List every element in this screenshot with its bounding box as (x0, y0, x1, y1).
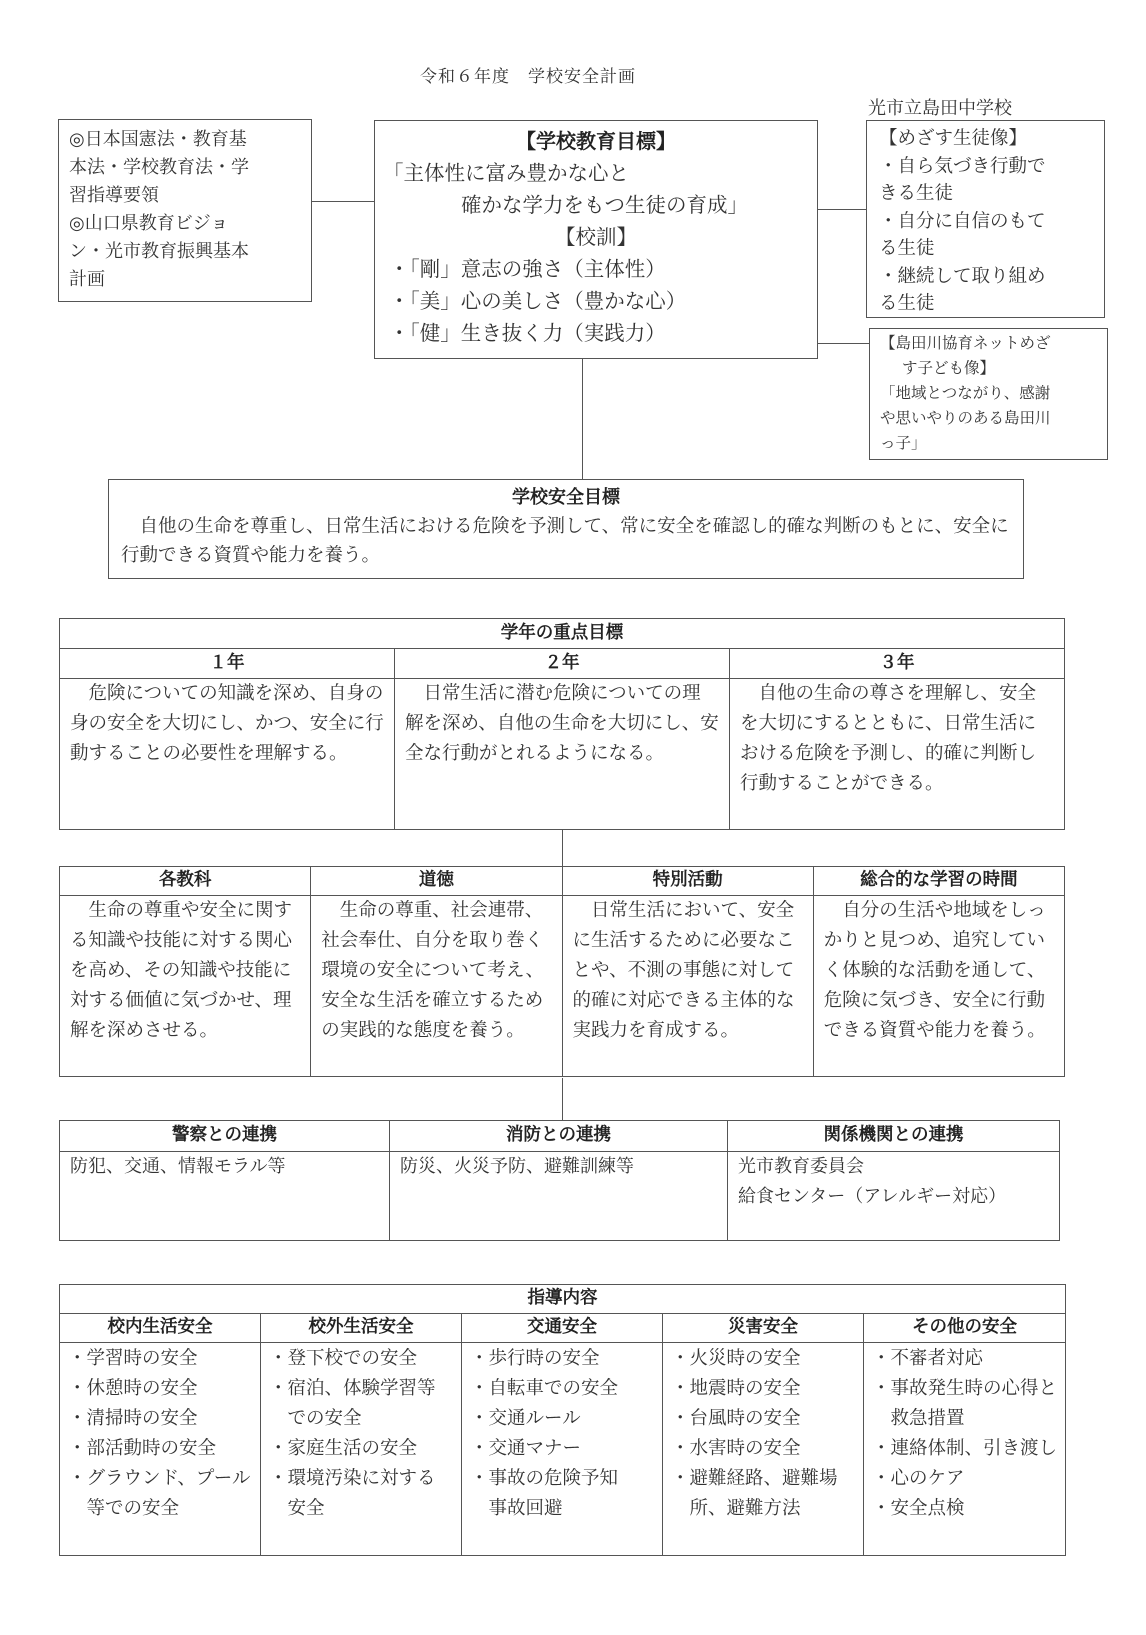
network-heading: 【島田川協育ネットめざ (880, 331, 1097, 356)
safety-goal-text: 自他の生命を尊重し、日常生活における危険を予測して、常に安全を確認し的確な判断の… (121, 512, 1011, 570)
grade-goals-title: 学年の重点目標 (60, 619, 1065, 649)
network-line: や思いやりのある島田川 (880, 406, 1097, 431)
goal-line-1: 「主体性に富み豊かな心と (383, 157, 803, 189)
guidance-item: 家庭生活の安全 (269, 1434, 453, 1464)
subject-cell: 生命の尊重や安全に関する知識や技能に対する関心を高め、その知識や技能に対する価値… (60, 896, 311, 1077)
basis-line: ン・光市教育振興基本 (69, 238, 301, 266)
network-heading: す子ども像】 (880, 356, 1097, 381)
guidance-item: 安全点検 (872, 1494, 1057, 1524)
guidance-item: 歩行時の安全 (470, 1344, 654, 1374)
cooperation-cell: 防犯、交通、情報モラル等 (60, 1152, 390, 1241)
legal-basis-box: ◎日本国憲法・教育基 本法・学校教育法・学 習指導要領 ◎山口県教育ビジョ ン・… (58, 119, 312, 302)
grade-goals-table: 学年の重点目標 １年 ２年 ３年 危険についての知識を深め、自身の身の安全を大切… (59, 618, 1065, 830)
network-line: っ子」 (880, 431, 1097, 456)
basis-line: ◎日本国憲法・教育基 (69, 126, 301, 154)
guidance-item: 連絡体制、引き渡し (872, 1434, 1057, 1464)
guidance-item: 宿泊、体験学習等での安全 (269, 1374, 453, 1434)
guidance-item: 休憩時の安全 (68, 1374, 252, 1404)
school-name: 光市立島田中学校 (868, 94, 1012, 120)
page-title: 令和６年度 学校安全計画 (420, 62, 636, 87)
motto-item: ・「剛」意志の強さ（主体性） (389, 253, 803, 285)
guidance-title: 指導内容 (60, 1285, 1066, 1314)
goal-heading: 【学校教育目標】 (389, 125, 803, 157)
subject-header: 特別活動 (562, 867, 813, 896)
cooperation-cell: 防災、火災予防、避難訓練等 (390, 1152, 728, 1241)
guidance-content-table: 指導内容 校内生活安全 校外生活安全 交通安全 災害安全 その他の安全 学習時の… (59, 1284, 1066, 1556)
guidance-item: 登下校での安全 (269, 1344, 453, 1374)
guidance-header: その他の安全 (864, 1314, 1066, 1343)
guidance-item: 不審者対応 (872, 1344, 1057, 1374)
school-education-goal-box: 【学校教育目標】 「主体性に富み豊かな心と 確かな学力をもつ生徒の育成」 【校訓… (374, 120, 818, 359)
grade-goal-cell: 自他の生命の尊さを理解し、安全を大切にするとともに、日常生活における危険を予測し… (730, 679, 1065, 830)
cooperation-line: 給食センター（アレルギー対応） (738, 1182, 1049, 1212)
connector-line (582, 359, 583, 479)
subject-activities-table: 各教科 道徳 特別活動 総合的な学習の時間 生命の尊重や安全に関する知識や技能に… (59, 866, 1065, 1077)
motto-heading: 【校訓】 (389, 221, 803, 253)
ideal-student-box: 【めざす生徒像】 ・自ら気づき行動で きる生徒 ・自分に自信のもて る生徒 ・継… (866, 120, 1105, 318)
guidance-item: グラウンド、プール等での安全 (68, 1464, 252, 1524)
guidance-item: 交通マナー (470, 1434, 654, 1464)
cooperation-cell: 光市教育委員会 給食センター（アレルギー対応） (728, 1152, 1060, 1241)
guidance-item: 交通ルール (470, 1404, 654, 1434)
basis-line: 本法・学校教育法・学 (69, 154, 301, 182)
guidance-item: 事故発生時の心得と救急措置 (872, 1374, 1057, 1434)
guidance-item: 水害時の安全 (671, 1434, 855, 1464)
subject-cell: 自分の生活や地域をしっかりと見つめ、追究していく体験的な活動を通して、危険に気づ… (813, 896, 1064, 1077)
connector-line (562, 830, 563, 866)
basis-line: 習指導要領 (69, 182, 301, 210)
ideal-student-heading: 【めざす生徒像】 (879, 125, 1092, 153)
grade-header: ３年 (730, 649, 1065, 679)
network-line: 「地域とつながり、感謝 (880, 381, 1097, 406)
basis-line: 計画 (69, 266, 301, 294)
ideal-student-line: きる生徒 (879, 180, 1092, 208)
grade-header: ２年 (395, 649, 730, 679)
ideal-student-line: ・継続して取り組め (879, 263, 1092, 291)
subject-cell: 日常生活において、安全に生活するために必要なことや、不測の事態に対して的確に対応… (562, 896, 813, 1077)
grade-header: １年 (60, 649, 395, 679)
guidance-item: 火災時の安全 (671, 1344, 855, 1374)
network-ideal-child-box: 【島田川協育ネットめざ す子ども像】 「地域とつながり、感謝 や思いやりのある島… (869, 328, 1108, 460)
cooperation-line: 光市教育委員会 (738, 1152, 1049, 1182)
connector-line (562, 1078, 563, 1120)
guidance-cell: 登下校での安全 宿泊、体験学習等での安全 家庭生活の安全 環境汚染に対する安全 (261, 1343, 462, 1556)
guidance-item: 避難経路、避難場所、避難方法 (671, 1464, 855, 1524)
grade-goal-cell: 危険についての知識を深め、自身の身の安全を大切にし、かつ、安全に行動することの必… (60, 679, 395, 830)
guidance-item: 心のケア (872, 1464, 1057, 1494)
guidance-cell: 学習時の安全 休憩時の安全 清掃時の安全 部活動時の安全 グラウンド、プール等で… (60, 1343, 261, 1556)
ideal-student-line: る生徒 (879, 290, 1092, 318)
cooperation-header: 関係機関との連携 (728, 1121, 1060, 1152)
guidance-item: 清掃時の安全 (68, 1404, 252, 1434)
guidance-item: 自転車での安全 (470, 1374, 654, 1404)
guidance-item: 部活動時の安全 (68, 1434, 252, 1464)
cooperation-line: 防犯、交通、情報モラル等 (70, 1152, 379, 1182)
guidance-item: 学習時の安全 (68, 1344, 252, 1374)
subject-header: 総合的な学習の時間 (813, 867, 1064, 896)
connector-line (312, 201, 374, 202)
basis-line: ◎山口県教育ビジョ (69, 210, 301, 238)
guidance-cell: 歩行時の安全 自転車での安全 交通ルール 交通マナー 事故の危険予知 事故回避 (462, 1343, 663, 1556)
cooperation-table: 警察との連携 消防との連携 関係機関との連携 防犯、交通、情報モラル等 防災、火… (59, 1120, 1060, 1241)
grade-goal-cell: 日常生活に潜む危険についての理解を深め、自他の生命を大切にし、安全な行動がとれる… (395, 679, 730, 830)
guidance-item: 事故の危険予知 事故回避 (470, 1464, 654, 1524)
motto-item: ・「健」生き抜く力（実践力） (389, 317, 803, 349)
motto-item: ・「美」心の美しさ（豊かな心） (389, 285, 803, 317)
ideal-student-line: ・自分に自信のもて (879, 208, 1092, 236)
safety-goal-title: 学校安全目標 (121, 483, 1011, 512)
cooperation-header: 消防との連携 (390, 1121, 728, 1152)
guidance-header: 災害安全 (663, 1314, 864, 1343)
guidance-item: 地震時の安全 (671, 1374, 855, 1404)
ideal-student-line: る生徒 (879, 235, 1092, 263)
cooperation-header: 警察との連携 (60, 1121, 390, 1152)
guidance-header: 交通安全 (462, 1314, 663, 1343)
guidance-cell: 不審者対応 事故発生時の心得と救急措置 連絡体制、引き渡し 心のケア 安全点検 (864, 1343, 1066, 1556)
guidance-item: 台風時の安全 (671, 1404, 855, 1434)
guidance-item: 環境汚染に対する安全 (269, 1464, 453, 1524)
connector-line (818, 343, 869, 344)
guidance-header: 校外生活安全 (261, 1314, 462, 1343)
guidance-header: 校内生活安全 (60, 1314, 261, 1343)
goal-line-2: 確かな学力をもつ生徒の育成」 (389, 189, 803, 221)
cooperation-line: 防災、火災予防、避難訓練等 (400, 1152, 717, 1182)
guidance-cell: 火災時の安全 地震時の安全 台風時の安全 水害時の安全 避難経路、避難場所、避難… (663, 1343, 864, 1556)
subject-header: 各教科 (60, 867, 311, 896)
subject-header: 道徳 (311, 867, 562, 896)
school-safety-goal-box: 学校安全目標 自他の生命を尊重し、日常生活における危険を予測して、常に安全を確認… (108, 479, 1024, 579)
subject-cell: 生命の尊重、社会連帯、社会奉仕、自分を取り巻く環境の安全について考え、安全な生活… (311, 896, 562, 1077)
ideal-student-line: ・自ら気づき行動で (879, 153, 1092, 181)
connector-line (818, 209, 866, 210)
